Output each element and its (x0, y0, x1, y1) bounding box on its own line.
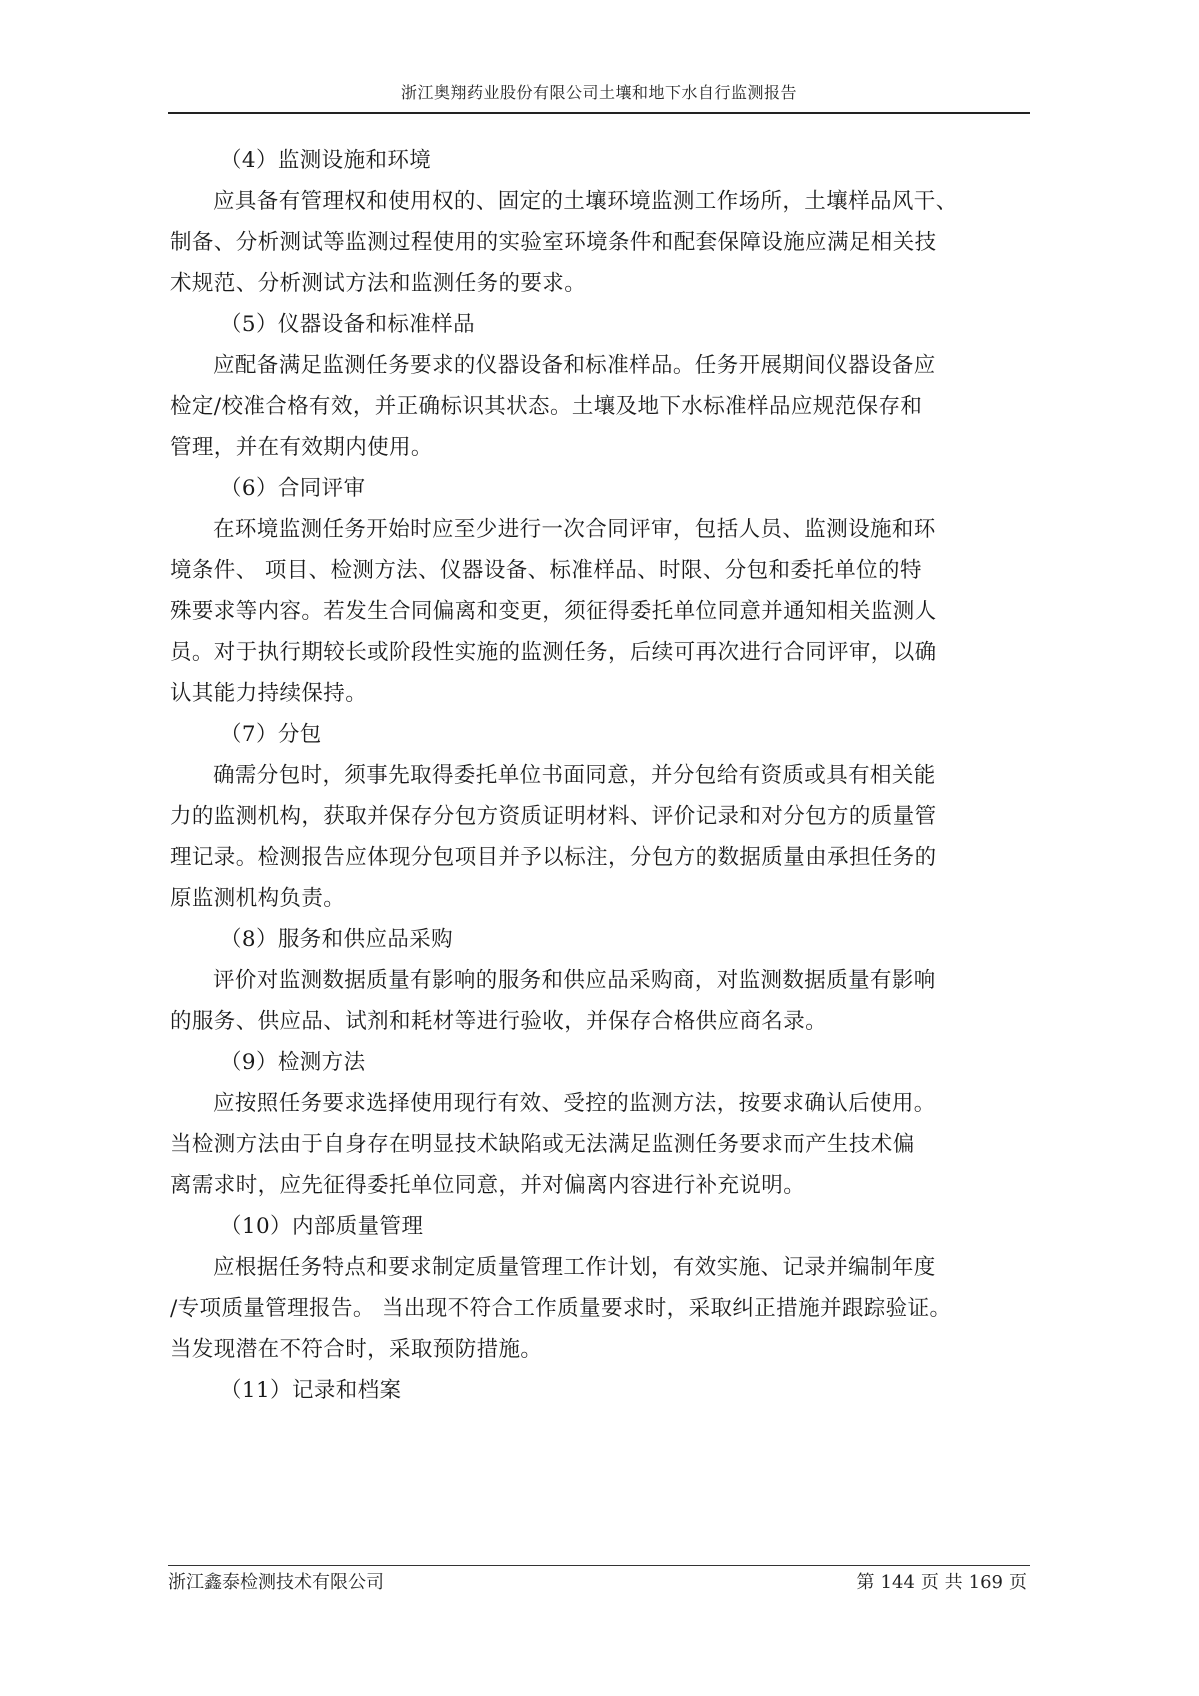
paragraph-line: 管理，并在有效期内使用。 (170, 427, 1032, 468)
page-mid: 页 共 (921, 1572, 963, 1593)
paragraph-line: 应具备有管理权和使用权的、固定的土壤环境监测工作场所，土壤样品风干、 (170, 181, 1032, 222)
page-number: 第144页 共169页 (854, 1568, 1030, 1594)
document-body: （4）监测设施和环境 应具备有管理权和使用权的、固定的土壤环境监测工作场所，土壤… (170, 140, 1032, 1411)
section-heading: （7）分包 (170, 714, 1032, 755)
section-heading: （10）内部质量管理 (170, 1206, 1032, 1247)
paragraph-line: 力的监测机构，获取并保存分包方资质证明材料、评价记录和对分包方的质量管 (170, 796, 1032, 837)
page-header: 浙江奥翔药业股份有限公司土壤和地下水自行监测报告 (168, 74, 1030, 114)
paragraph-line: 的服务、供应品、试剂和耗材等进行验收，并保存合格供应商名录。 (170, 1001, 1032, 1042)
paragraph-line: 殊要求等内容。若发生合同偏离和变更，须征得委托单位同意并通知相关监测人 (170, 591, 1032, 632)
paragraph-line: 在环境监测任务开始时应至少进行一次合同评审，包括人员、监测设施和环 (170, 509, 1032, 550)
paragraph-line: 应按照任务要求选择使用现行有效、受控的监测方法，按要求确认后使用。 (170, 1083, 1032, 1124)
paragraph-line: 员。对于执行期较长或阶段性实施的监测任务，后续可再次进行合同评审，以确 (170, 632, 1032, 673)
section-heading: （11）记录和档案 (170, 1370, 1032, 1411)
report-title: 浙江奥翔药业股份有限公司土壤和地下水自行监测报告 (168, 80, 1030, 103)
footer-company: 浙江鑫泰检测技术有限公司 (168, 1568, 384, 1594)
paragraph-line: 应根据任务特点和要求制定质量管理工作计划，有效实施、记录并编制年度 (170, 1247, 1032, 1288)
paragraph-line: 当发现潜在不符合时，采取预防措施。 (170, 1329, 1032, 1370)
page-suffix: 页 (1009, 1572, 1027, 1593)
section-heading: （9）检测方法 (170, 1042, 1032, 1083)
page-footer: 浙江鑫泰检测技术有限公司 第144页 共169页 (168, 1565, 1030, 1602)
paragraph-line: 理记录。检测报告应体现分包项目并予以标注，分包方的数据质量由承担任务的 (170, 837, 1032, 878)
section-heading: （8）服务和供应品采购 (170, 919, 1032, 960)
paragraph-line: 制备、分析测试等监测过程使用的实验室环境条件和配套保障设施应满足相关技 (170, 222, 1032, 263)
paragraph-line: 确需分包时，须事先取得委托单位书面同意，并分包给有资质或具有相关能 (170, 755, 1032, 796)
paragraph-line: 境条件、 项目、检测方法、仪器设备、标准样品、时限、分包和委托单位的特 (170, 550, 1032, 591)
paragraph-line: 评价对监测数据质量有影响的服务和供应品采购商，对监测数据质量有影响 (170, 960, 1032, 1001)
paragraph-line: 原监测机构负责。 (170, 878, 1032, 919)
section-heading: （4）监测设施和环境 (170, 140, 1032, 181)
paragraph-line: 认其能力持续保持。 (170, 673, 1032, 714)
page-total: 169 (969, 1572, 1003, 1593)
paragraph-line: 离需求时，应先征得委托单位同意，并对偏离内容进行补充说明。 (170, 1165, 1032, 1206)
paragraph-line: 术规范、分析测试方法和监测任务的要求。 (170, 263, 1032, 304)
page-current: 144 (881, 1572, 915, 1593)
page-prefix: 第 (857, 1572, 875, 1593)
paragraph-line: 当检测方法由于自身存在明显技术缺陷或无法满足监测任务要求而产生技术偏 (170, 1124, 1032, 1165)
section-heading: （6）合同评审 (170, 468, 1032, 509)
section-heading: （5）仪器设备和标准样品 (170, 304, 1032, 345)
paragraph-line: 检定/校准合格有效，并正确标识其状态。土壤及地下水标准样品应规范保存和 (170, 386, 1032, 427)
paragraph-line: 应配备满足监测任务要求的仪器设备和标准样品。任务开展期间仪器设备应 (170, 345, 1032, 386)
paragraph-line: /专项质量管理报告。 当出现不符合工作质量要求时，采取纠正措施并跟踪验证。 (170, 1288, 1032, 1329)
